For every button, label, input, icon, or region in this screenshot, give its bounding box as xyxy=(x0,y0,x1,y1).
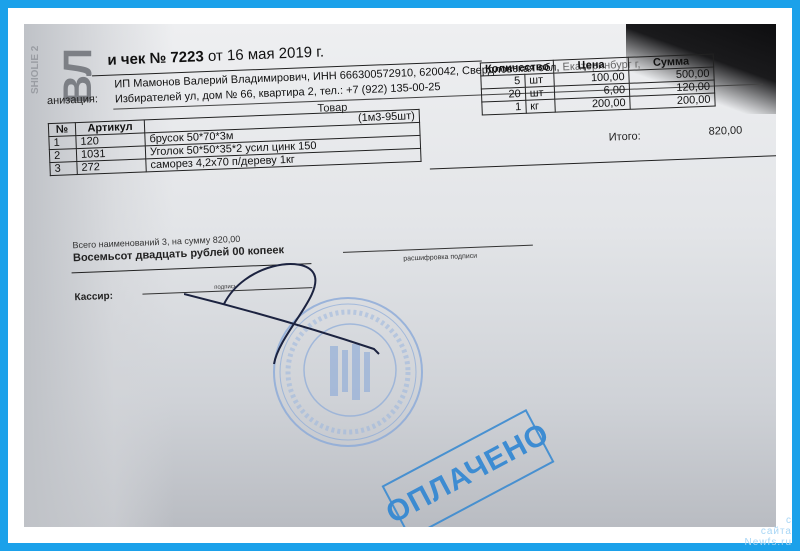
total-label: Итого: xyxy=(609,130,641,143)
receipt-date: от 16 мая 2019 г. xyxy=(208,44,325,65)
cell-no: 1 xyxy=(49,136,76,150)
cell-unit: шт xyxy=(524,73,554,87)
watermark-line-3: Newfs.ru xyxy=(745,537,792,548)
receipt-title: и чек № 7223 от 16 мая 2019 г. xyxy=(107,44,324,69)
cell-price: 200,00 xyxy=(555,96,630,112)
cell-no: 3 xyxy=(50,162,77,176)
site-watermark: с сайта Newfs.ru xyxy=(745,515,792,548)
watermark-line-1: с xyxy=(745,515,792,526)
cashier-label: Кассир: xyxy=(74,291,113,303)
cell-article: 272 xyxy=(77,159,146,175)
decode-signature-line xyxy=(343,245,533,253)
watermark-line-2: сайта xyxy=(745,526,792,537)
totals-divider xyxy=(430,155,776,170)
receipt-number: и чек № 7223 xyxy=(107,48,204,69)
receipt-photo: SHIOLIE 2 ВЛ и чек № 7223 от 16 мая 2019… xyxy=(24,24,776,527)
items-table-left: № Артикул (1м3-95шт) 1 120 брусок 50*70*… xyxy=(48,109,422,176)
cell-sum: 200,00 xyxy=(630,93,715,109)
cell-unit: кг xyxy=(525,99,555,113)
decode-signature-label: расшифровка подписи xyxy=(403,253,477,263)
cell-no: 2 xyxy=(49,149,76,163)
cell-qty: 20 xyxy=(481,87,525,102)
cell-qty: 5 xyxy=(481,74,525,89)
header-no: № xyxy=(48,123,75,137)
cell-unit: шт xyxy=(525,86,555,100)
signature-scribble-icon xyxy=(184,254,414,374)
items-table-right: Количество Цена Сумма 5 шт 100,00 500,00… xyxy=(480,54,716,116)
total-value: 820,00 xyxy=(708,125,742,138)
organization-label: анизация: xyxy=(47,93,98,107)
cell-qty: 1 xyxy=(482,100,526,115)
